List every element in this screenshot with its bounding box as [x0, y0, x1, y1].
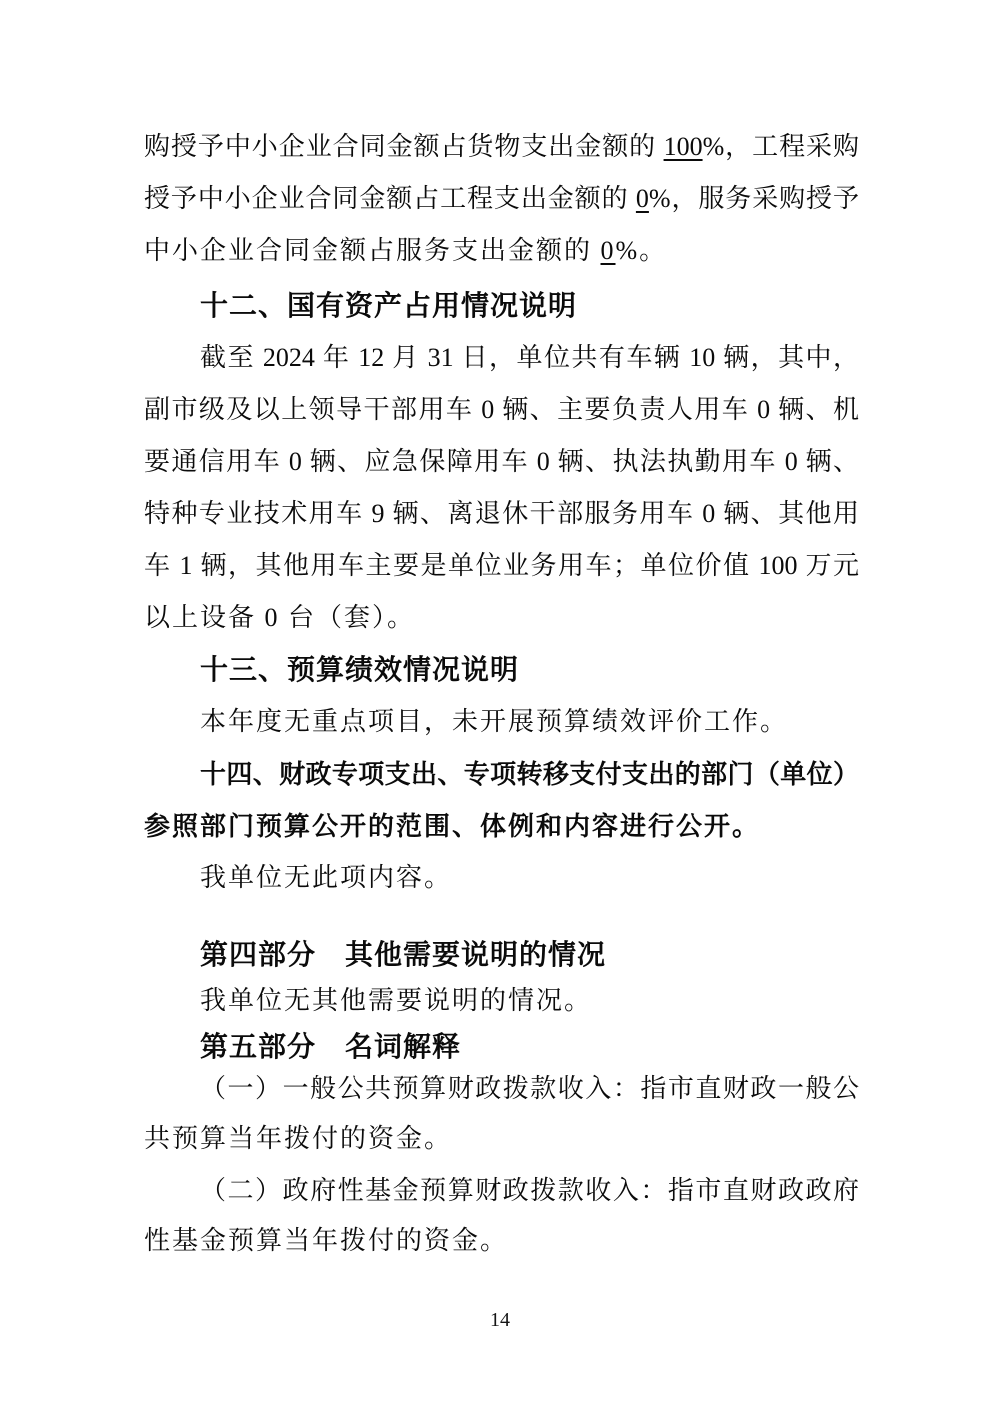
paragraph-assets-line-1: 截至 2024 年 12 月 31 日，单位共有车辆 10 辆，其中， [144, 332, 859, 384]
paragraph-assets-line-3: 要通信用车 0 辆、应急保障用车 0 辆、执法执勤用车 0 辆、 [144, 436, 859, 488]
paragraph-procurement-line-1: 购授予中小企业合同金额占货物支出金额的 100%，工程采购 [144, 121, 859, 173]
paragraph-performance: 本年度无重点项目，未开展预算绩效评价工作。 [144, 696, 859, 748]
underlined-value: 0 [601, 236, 616, 265]
paragraph-procurement-line-3: 中小企业合同金额占服务支出金额的 0%。 [144, 225, 859, 277]
document-page: 购授予中小企业合同金额占货物支出金额的 100%，工程采购 授予中小企业合同金额… [0, 0, 1000, 1414]
part-4-heading: 第四部分 其他需要说明的情况 [144, 932, 859, 978]
document-content: 购授予中小企业合同金额占货物支出金额的 100%，工程采购 授予中小企业合同金额… [144, 121, 859, 1266]
text-segment: 购授予中小企业合同金额占货物支出金额的 [144, 132, 664, 161]
term-1-line-2: 共预算当年拨付的资金。 [144, 1114, 859, 1164]
text-segment: %。 [616, 236, 668, 265]
section-heading-13: 十三、预算绩效情况说明 [144, 644, 859, 696]
text-segment: 中小企业合同金额占服务支出金额的 [144, 236, 601, 265]
text-segment: 授予中小企业合同金额占工程支出金额的 [144, 184, 636, 213]
paragraph-assets-line-4: 特种专业技术用车 9 辆、离退休干部服务用车 0 辆、其他用 [144, 488, 859, 540]
paragraph-procurement-line-2: 授予中小企业合同金额占工程支出金额的 0%，服务采购授予 [144, 173, 859, 225]
page-number: 14 [0, 1308, 1000, 1332]
section-heading-14-line-2: 参照部门预算公开的范围、体例和内容进行公开。 [144, 800, 859, 852]
paragraph-assets-line-5: 车 1 辆，其他用车主要是单位业务用车；单位价值 100 万元 [144, 540, 859, 592]
section-heading-12: 十二、国有资产占用情况说明 [144, 280, 859, 332]
paragraph-no-content: 我单位无此项内容。 [144, 852, 859, 904]
paragraph-assets-line-6: 以上设备 0 台（套）。 [144, 592, 859, 644]
paragraph-assets-line-2: 副市级及以上领导干部用车 0 辆、主要负责人用车 0 辆、机 [144, 384, 859, 436]
underlined-value: 100 [664, 132, 703, 161]
paragraph-part-4: 我单位无其他需要说明的情况。 [144, 978, 859, 1024]
underlined-value: 0 [636, 184, 649, 213]
section-heading-14-line-1: 十四、财政专项支出、专项转移支付支出的部门（单位） [144, 748, 859, 800]
text-segment: %，工程采购 [703, 132, 859, 161]
text-segment: %，服务采购授予 [649, 184, 859, 213]
term-1-line-1: （一）一般公共预算财政拨款收入：指市直财政一般公 [144, 1064, 859, 1114]
term-2-line-2: 性基金预算当年拨付的资金。 [144, 1216, 859, 1266]
term-2-line-1: （二）政府性基金预算财政拨款收入：指市直财政政府 [144, 1166, 859, 1216]
